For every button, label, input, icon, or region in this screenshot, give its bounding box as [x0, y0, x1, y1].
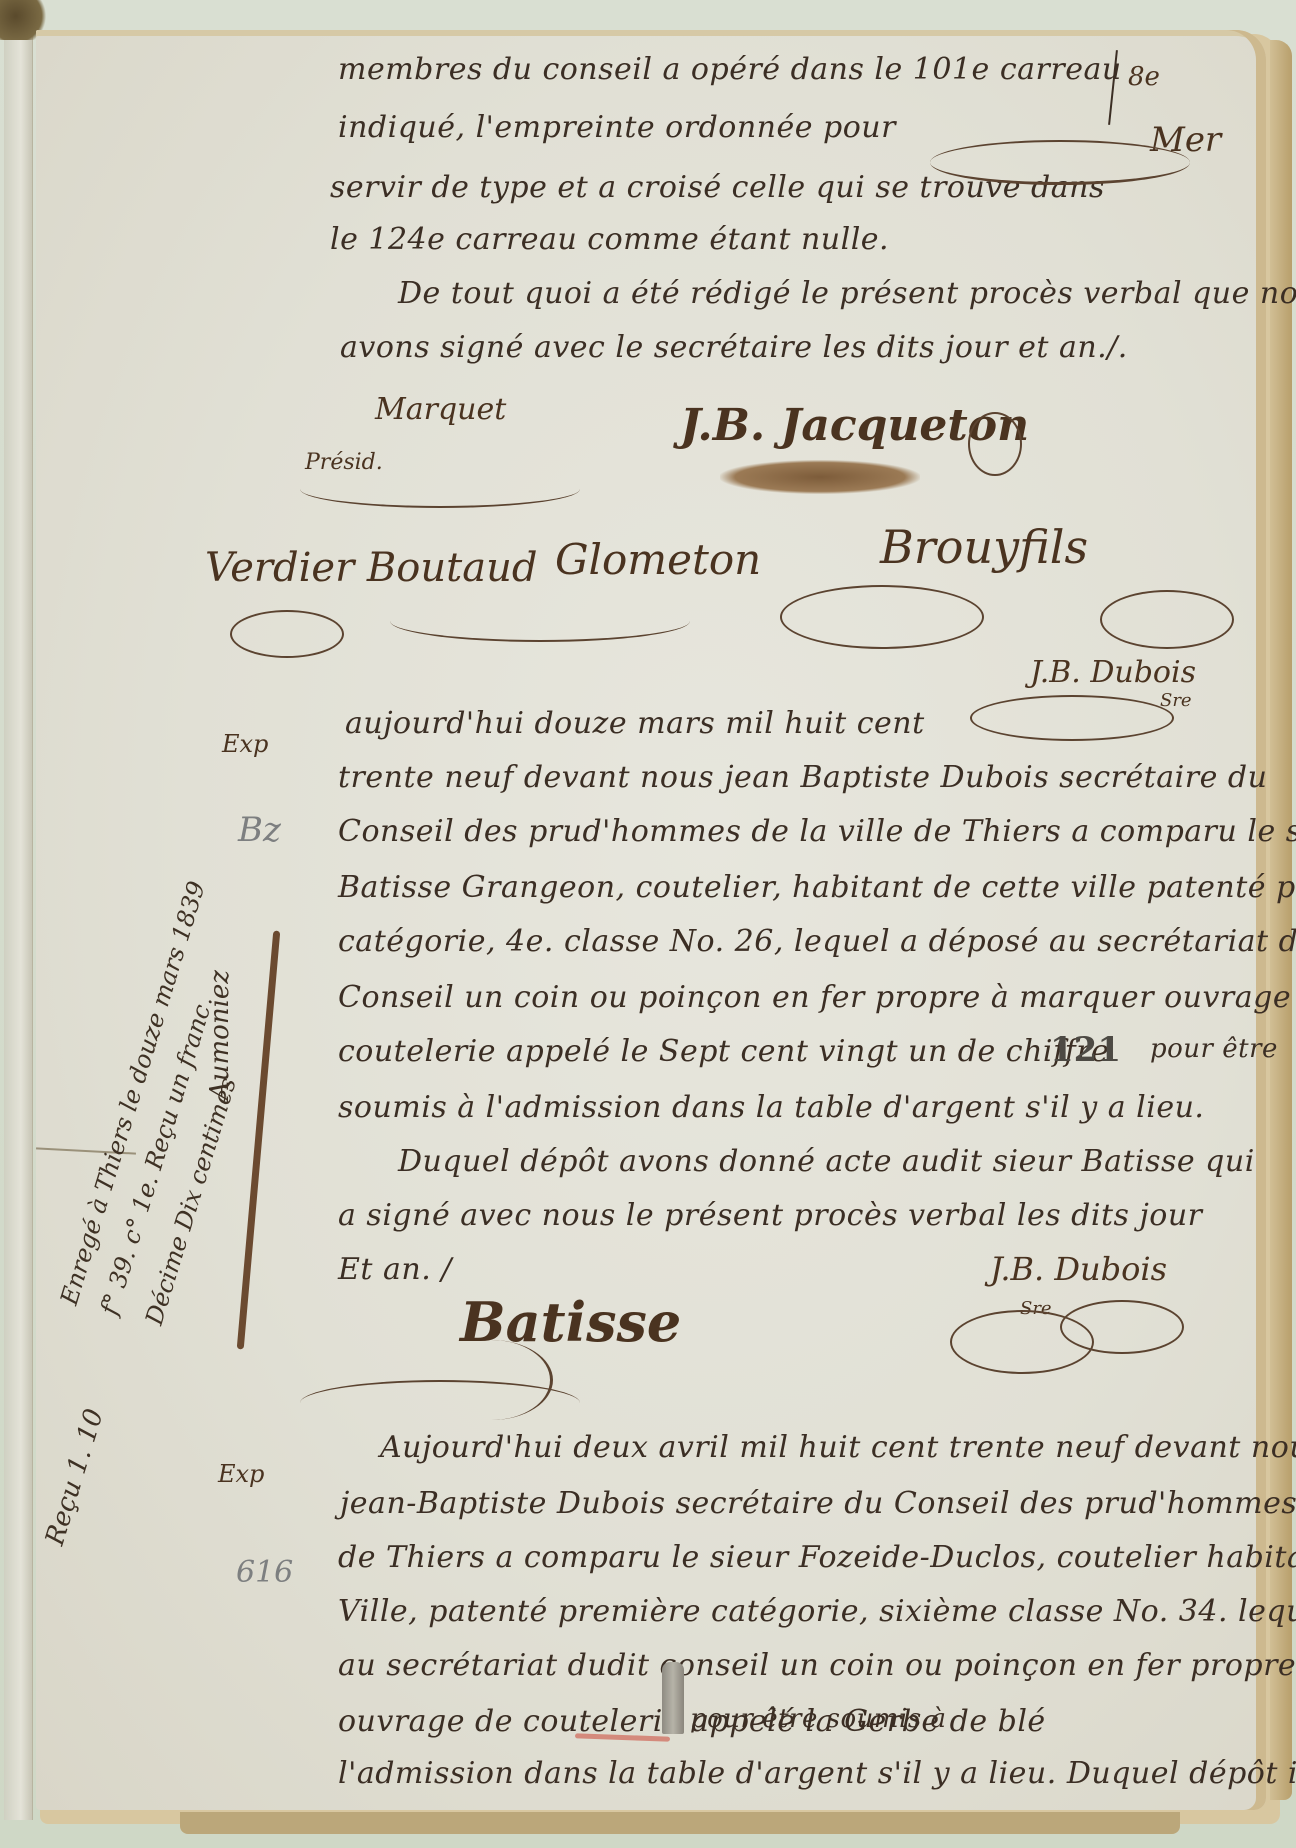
text-line: jean-Baptiste Dubois secrétaire du Conse…: [340, 1486, 1296, 1521]
text-line: pour être soumis à: [690, 1704, 946, 1734]
signature-flourish: [780, 585, 984, 649]
signature-flourish: [968, 412, 1022, 476]
text-line: au secrétariat dudit conseil un coin ou …: [338, 1648, 1296, 1683]
signature-flourish: [970, 695, 1174, 741]
text-line: aujourd'hui douze mars mil huit cent: [345, 706, 925, 741]
signature-flourish: [390, 600, 690, 642]
text-line: coutelerie appelé le Sept cent vingt un …: [338, 1034, 1109, 1069]
margin-pencil-mark: Bz: [238, 810, 281, 850]
margin-number: 8e: [1128, 62, 1160, 92]
text-line: Ville, patenté première catégorie, sixiè…: [338, 1594, 1296, 1629]
text-line: catégorie, 4e. classe No. 26, lequel a d…: [338, 924, 1296, 959]
signature-glometon: Glometon: [555, 535, 761, 584]
signature-flourish: [430, 1340, 553, 1420]
text-line: Aujourd'hui deux avril mil huit cent tre…: [380, 1430, 1296, 1465]
text-line: pour être: [1150, 1034, 1278, 1064]
text-line: l'admission dans la table d'argent s'il …: [338, 1756, 1296, 1791]
text-line: soumis à l'admission dans la table d'arg…: [338, 1090, 1204, 1125]
text-line: de Thiers a comparu le sieur Fozeide-Duc…: [338, 1540, 1296, 1575]
signature-flourish: [1060, 1300, 1184, 1354]
signature-verdier-boutaud: Verdier Boutaud: [205, 545, 537, 591]
signature-marquet: Marquet: [375, 392, 506, 427]
signature-brouyfils: Brouyfils: [880, 520, 1088, 574]
signature-dubois: J.B. Dubois: [990, 1250, 1167, 1288]
text-line: indiqué, l'empreinte ordonnée pour: [338, 110, 896, 145]
text-line: avons signé avec le secrétaire les dits …: [340, 330, 1128, 365]
signature-title: Présid.: [305, 450, 383, 475]
signature-dubois: J.B. Dubois: [1030, 655, 1196, 690]
text-line: trente neuf devant nous jean Baptiste Du…: [338, 760, 1267, 795]
ink-blot: [720, 460, 920, 494]
text-line: Duquel dépôt avons donné acte audit sieu…: [398, 1144, 1255, 1179]
text-line: De tout quoi a été rédigé le présent pro…: [398, 276, 1296, 311]
text-line: Conseil un coin ou poinçon en fer propre…: [338, 980, 1296, 1015]
margin-exp-label: Exp: [222, 730, 268, 758]
mark-stamp-121: 121: [1050, 1030, 1121, 1070]
binding-spine: [4, 30, 33, 1820]
wheat-sheaf-icon: [662, 1662, 684, 1734]
signature-flourish: [1100, 590, 1234, 649]
text-line: le 124e carreau comme étant nulle.: [330, 222, 889, 257]
page-bottom-edge: [180, 1812, 1180, 1834]
signature-flourish: [300, 470, 580, 508]
margin-exp-label: Exp: [218, 1460, 264, 1488]
signature-flourish: [930, 140, 1190, 185]
signature-flourish: [230, 610, 344, 658]
text-line: membres du conseil a opéré dans le 101e …: [338, 52, 1122, 87]
margin-pencil-number: 616: [236, 1555, 293, 1590]
text-line: Batisse Grangeon, coutelier, habitant de…: [338, 870, 1296, 905]
text-line: a signé avec nous le présent procès verb…: [338, 1198, 1202, 1233]
text-line: Conseil des prud'hommes de la ville de T…: [338, 814, 1296, 849]
text-line: Et an. /: [338, 1252, 452, 1287]
